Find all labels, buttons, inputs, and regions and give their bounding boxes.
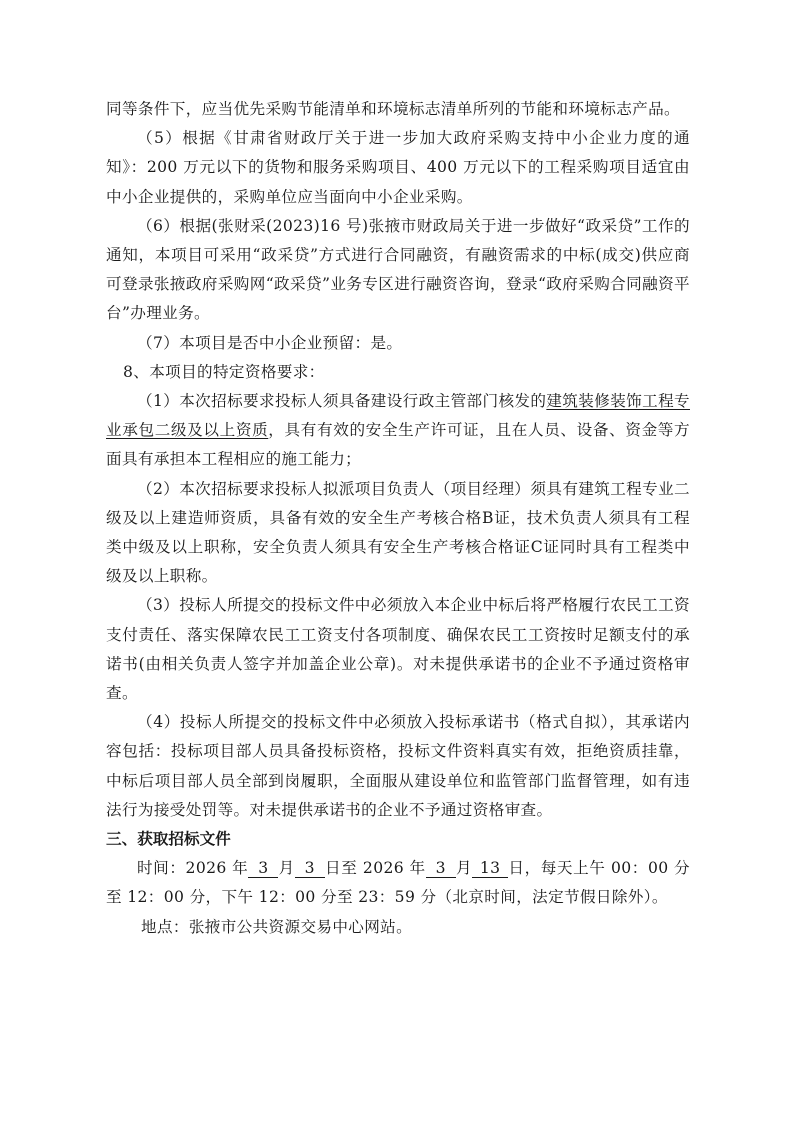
day-unit: 日至 — [325, 859, 363, 877]
paragraph-energy-saving: 同等条件下，应当优先采购节能清单和环境标志清单所列的节能和环境标志产品。 — [106, 95, 690, 124]
location-paragraph: 地点：张掖市公共资源交易中心网站。 — [106, 913, 690, 942]
requirement-2: （2）本次招标要求投标人拟派项目负责人（项目经理）须具有建筑工程专业二级及以上建… — [106, 475, 690, 592]
end-year: 2026 — [363, 859, 404, 877]
year-unit: 年 — [227, 859, 249, 877]
document-page: 同等条件下，应当优先采购节能清单和环境标志清单所列的节能和环境标志产品。 （5）… — [106, 95, 690, 942]
month-unit-2: 月 — [456, 859, 472, 877]
end-day-field: 13 — [472, 859, 508, 878]
section-8-title: 8、本项目的特定资格要求： — [106, 358, 690, 387]
paragraph-sme-support: （5）根据《甘肃省财政厅关于进一步加大政府采购支持中小企业力度的通知》：200 … — [106, 124, 690, 212]
year-unit-2: 年 — [404, 859, 426, 877]
time-label: 时间： — [137, 859, 186, 877]
requirement-1-intro: （1）本次招标要求投标人须具备建设行政主管部门核发的 — [137, 392, 546, 410]
document-time-paragraph: 时间：2026 年3月3日至 2026 年3月13日，每天上午 00：00 分至… — [106, 854, 690, 912]
start-month-field: 3 — [248, 859, 278, 878]
month-unit: 月 — [278, 859, 294, 877]
requirement-3: （3）投标人所提交的投标文件中必须放入本企业中标后将严格履行农民工工资支付责任、… — [106, 591, 690, 708]
requirement-1: （1）本次招标要求投标人须具备建设行政主管部门核发的建筑装修装饰工程专业承包二级… — [106, 387, 690, 475]
start-year: 2026 — [186, 859, 227, 877]
end-month-field: 3 — [426, 859, 456, 878]
paragraph-zhengcaidai: （6）根据(张财采(2023)16 号)张掖市财政局关于进一步做好“政采贷”工作… — [106, 212, 690, 329]
section-3-heading: 三、获取招标文件 — [106, 825, 690, 854]
start-day-field: 3 — [295, 859, 325, 878]
requirement-4: （4）投标人所提交的投标文件中必须放入投标承诺书（格式自拟），其承诺内容包括：投… — [106, 708, 690, 825]
paragraph-sme-reserved: （7）本项目是否中小企业预留：是。 — [106, 329, 690, 358]
